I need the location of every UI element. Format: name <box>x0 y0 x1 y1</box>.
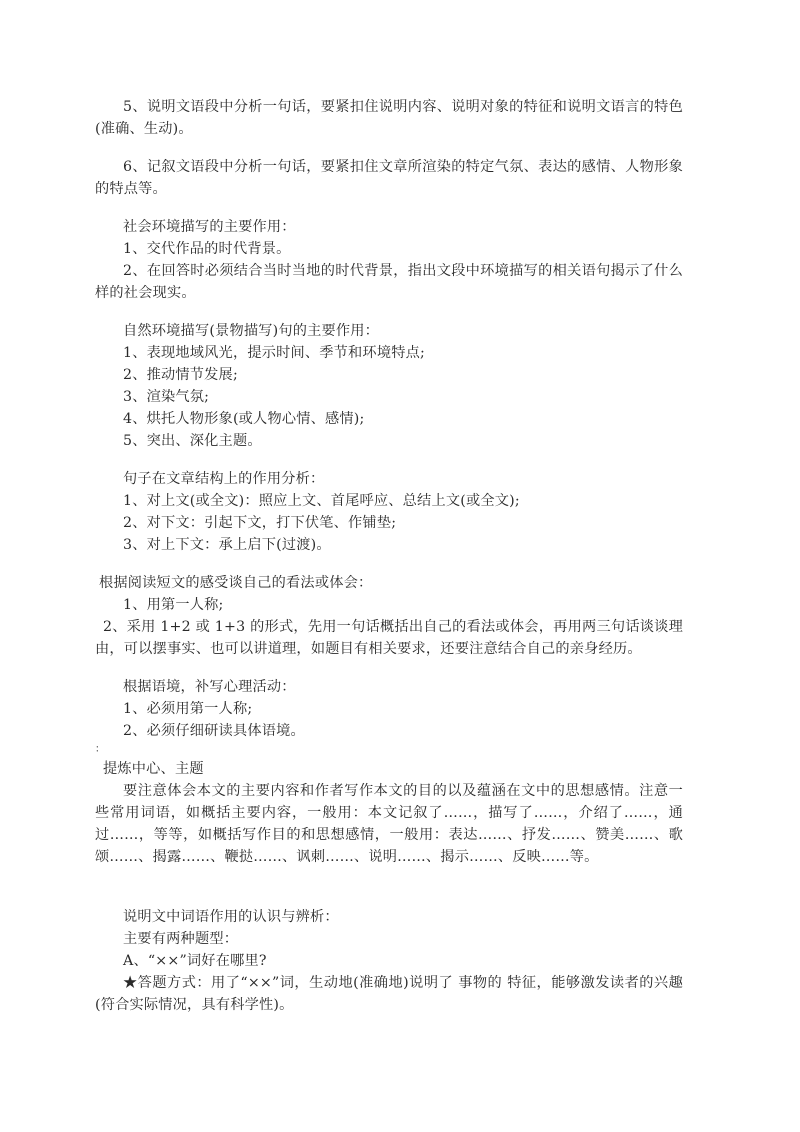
list-item: 2、对下文：引起下文，打下伏笔、作铺垫; <box>95 512 683 534</box>
spacer <box>95 140 683 156</box>
list-item: 2、必须仔细研读具体语境。 <box>95 720 683 742</box>
section-word-function: 说明文中词语作用的认识与辨析： 主要有两种题型： A、“××”词好在哪里? ★答… <box>95 906 683 1016</box>
spacer <box>95 556 683 572</box>
list-item: 1、交代作品的时代背景。 <box>95 238 683 260</box>
list-item: 2、采用 1+2 或 1+3 的形式，先用一句话概括出自己的看法或体会，再用两三… <box>95 616 683 660</box>
paragraph: 要注意体会本文的主要内容和作者写作本文的目的以及蕴涵在文中的思想感情。注意一些常… <box>95 780 683 868</box>
list-item: 1、必须用第一人称; <box>95 698 683 720</box>
list-item: 1、对上文(或全文)：照应上文、首尾呼应、总结上文(或全文); <box>95 490 683 512</box>
list-item: 2、推动情节发展; <box>95 364 683 386</box>
section-psychological-activity: 根据语境，补写心理活动： 1、必须用第一人称; 2、必须仔细研读具体语境。 <box>95 676 683 742</box>
list-item: 2、在回答时必须结合当时当地的时代背景，指出文段中环境描写的相关语句揭示了什么样… <box>95 260 683 304</box>
spacer <box>95 868 683 906</box>
spacer <box>95 660 683 676</box>
section-personal-views: 根据阅读短文的感受谈自己的看法或体会： 1、用第一人称; 2、采用 1+2 或 … <box>95 572 683 660</box>
list-item: 1、表现地域风光，提示时间、季节和环境特点; <box>95 342 683 364</box>
list-item: 5、突出、深化主题。 <box>95 430 683 452</box>
section-heading: 自然环境描写(景物描写)句的主要作用： <box>95 320 683 342</box>
point-6-narrative-sentence: 6、记叙文语段中分析一句话，要紧扣住文章所渲染的特定气氛、表达的感情、人物形象的… <box>95 156 683 200</box>
point-5-explanatory-sentence: 5、说明文语段中分析一句话，要紧扣住说明内容、说明对象的特征和说明文语言的特色(… <box>95 96 683 140</box>
section-heading: 根据语境，补写心理活动： <box>95 676 683 698</box>
question-type-a: A、“××”词好在哪里? <box>95 950 683 972</box>
section-heading: 根据阅读短文的感受谈自己的看法或体会： <box>95 572 683 594</box>
answer-method: ★答题方式：用了“××”词，生动地(准确地)说明了 事物的 特征，能够激发读者的… <box>95 972 683 1016</box>
spacer <box>95 304 683 320</box>
section-natural-environment: 自然环境描写(景物描写)句的主要作用： 1、表现地域风光，提示时间、季节和环境特… <box>95 320 683 452</box>
stray-colon-mark: ： <box>95 742 683 758</box>
section-sentence-structure: 句子在文章结构上的作用分析： 1、对上文(或全文)：照应上文、首尾呼应、总结上文… <box>95 468 683 556</box>
section-social-environment: 社会环境描写的主要作用： 1、交代作品的时代背景。 2、在回答时必须结合当时当地… <box>95 216 683 304</box>
paragraph: 主要有两种题型： <box>95 928 683 950</box>
spacer <box>95 200 683 216</box>
spacer <box>95 452 683 468</box>
section-heading: 句子在文章结构上的作用分析： <box>95 468 683 490</box>
list-item: 3、渲染气氛; <box>95 386 683 408</box>
section-heading: 社会环境描写的主要作用： <box>95 216 683 238</box>
list-item: 1、用第一人称; <box>95 594 683 616</box>
section-heading: 提炼中心、主题 <box>95 758 683 780</box>
section-central-theme: 提炼中心、主题 要注意体会本文的主要内容和作者写作本文的目的以及蕴涵在文中的思想… <box>95 758 683 868</box>
list-item: 4、烘托人物形象(或人物心情、感情); <box>95 408 683 430</box>
section-heading: 说明文中词语作用的认识与辨析： <box>95 906 683 928</box>
document-page: 5、说明文语段中分析一句话，要紧扣住说明内容、说明对象的特征和说明文语言的特色(… <box>95 96 683 1016</box>
list-item: 3、对上下文：承上启下(过渡)。 <box>95 534 683 556</box>
